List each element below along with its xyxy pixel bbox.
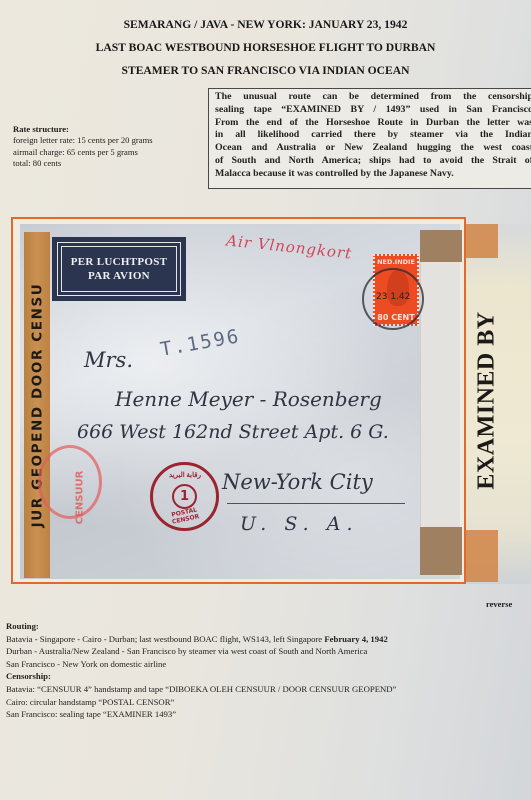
note-line: Malacca because it was controlled by the… [215,168,531,181]
routing-date: February 4, 1942 [324,634,387,644]
routing-line-1-text: Batavia - Singapore - Cairo - Durban; la… [6,634,324,644]
tape-brown-top [420,230,462,262]
censorship-heading: Censorship: [6,670,396,683]
address-underline [227,503,405,504]
stamp-country: NED.INDIE [375,258,417,266]
examined-by-text: EXAMINED BY [474,311,501,489]
title-line-2: LAST BOAC WESTBOUND HORSESHOE FLIGHT TO … [0,36,531,59]
airmail-label-line-1: PER LUCHTPOST [71,255,168,269]
routing-censorship-info: Routing: Batavia - Singapore - Cairo - D… [6,620,396,721]
address-salutation: Mrs. [84,348,133,372]
tape-brown-bottom [420,527,462,575]
rate-structure: Rate structure: foreign letter rate: 15 … [13,124,153,170]
routing-line-2: Durban - Australia/New Zealand - San Fra… [6,645,396,658]
note-line: in all likelihood carried there by steam… [215,129,531,142]
routing-line-3: San Francisco - New York on domestic air… [6,658,396,671]
note-line: of South and North America; ships had to… [215,155,531,168]
routing-line-1: Batavia - Singapore - Cairo - Durban; la… [6,633,396,646]
censorship-line: San Francisco: sealing tape “EXAMINER 14… [6,708,396,721]
censuur-handstamp: CENSUUR [38,445,102,519]
censor-tape-batavia: JUR GEOPEND DOOR CENSU [24,232,50,578]
censorship-line: Cairo: circular handstamp “POSTAL CENSOR… [6,696,396,709]
reverse-tape-bottom [466,530,498,582]
reverse-tape-top [466,224,498,258]
airmail-label: PER LUCHTPOST PAR AVION [52,237,186,301]
postal-censor-arabic: رقابة البريد [163,471,207,479]
postmark-circle: 23 1.42 [362,268,424,330]
examined-by-tape: EXAMINED BY [467,300,507,500]
postmark-date: 23 1.42 [376,292,410,302]
reverse-label: reverse [486,599,512,609]
postal-censor-handstamp: رقابة البريد 1 POSTAL CENSOR [150,462,219,531]
censorship-line: Batavia: “CENSUUR 4” handstamp and tape … [6,683,396,696]
title-line-1: SEMARANG / JAVA - NEW YORK: JANUARY 23, … [0,13,531,36]
note-line: sealing tape “EXAMINED BY / 1493” used i… [215,104,531,117]
tape-strip-right [420,262,460,532]
postal-censor-number: 1 [172,484,197,509]
route-note-box: The unusual route can be determined from… [208,88,531,189]
censuur-handstamp-text: CENSUUR [74,471,85,525]
note-line: From the end of the Horseshoe Route in D… [215,117,531,130]
address-name: Henne Meyer - Rosenberg [115,387,382,411]
routing-heading: Routing: [6,620,396,633]
rate-line: total: 80 cents [13,158,153,169]
rate-line: foreign letter rate: 15 cents per 20 gra… [13,135,153,146]
note-line: Ocean and Australia or New Zealand huggi… [215,142,531,155]
page-title: SEMARANG / JAVA - NEW YORK: JANUARY 23, … [0,13,531,82]
address-city: New-York City [222,470,373,494]
address-country: U. S. A. [240,513,359,535]
address-street: 666 West 162nd Street Apt. 6 G. [77,421,389,443]
title-line-3: STEAMER TO SAN FRANCISCO VIA INDIAN OCEA… [0,59,531,82]
rate-structure-heading: Rate structure: [13,124,153,135]
note-line: The unusual route can be determined from… [215,91,531,104]
rate-line: airmail charge: 65 cents per 5 grams [13,147,153,158]
airmail-label-line-2: PAR AVION [88,269,150,283]
